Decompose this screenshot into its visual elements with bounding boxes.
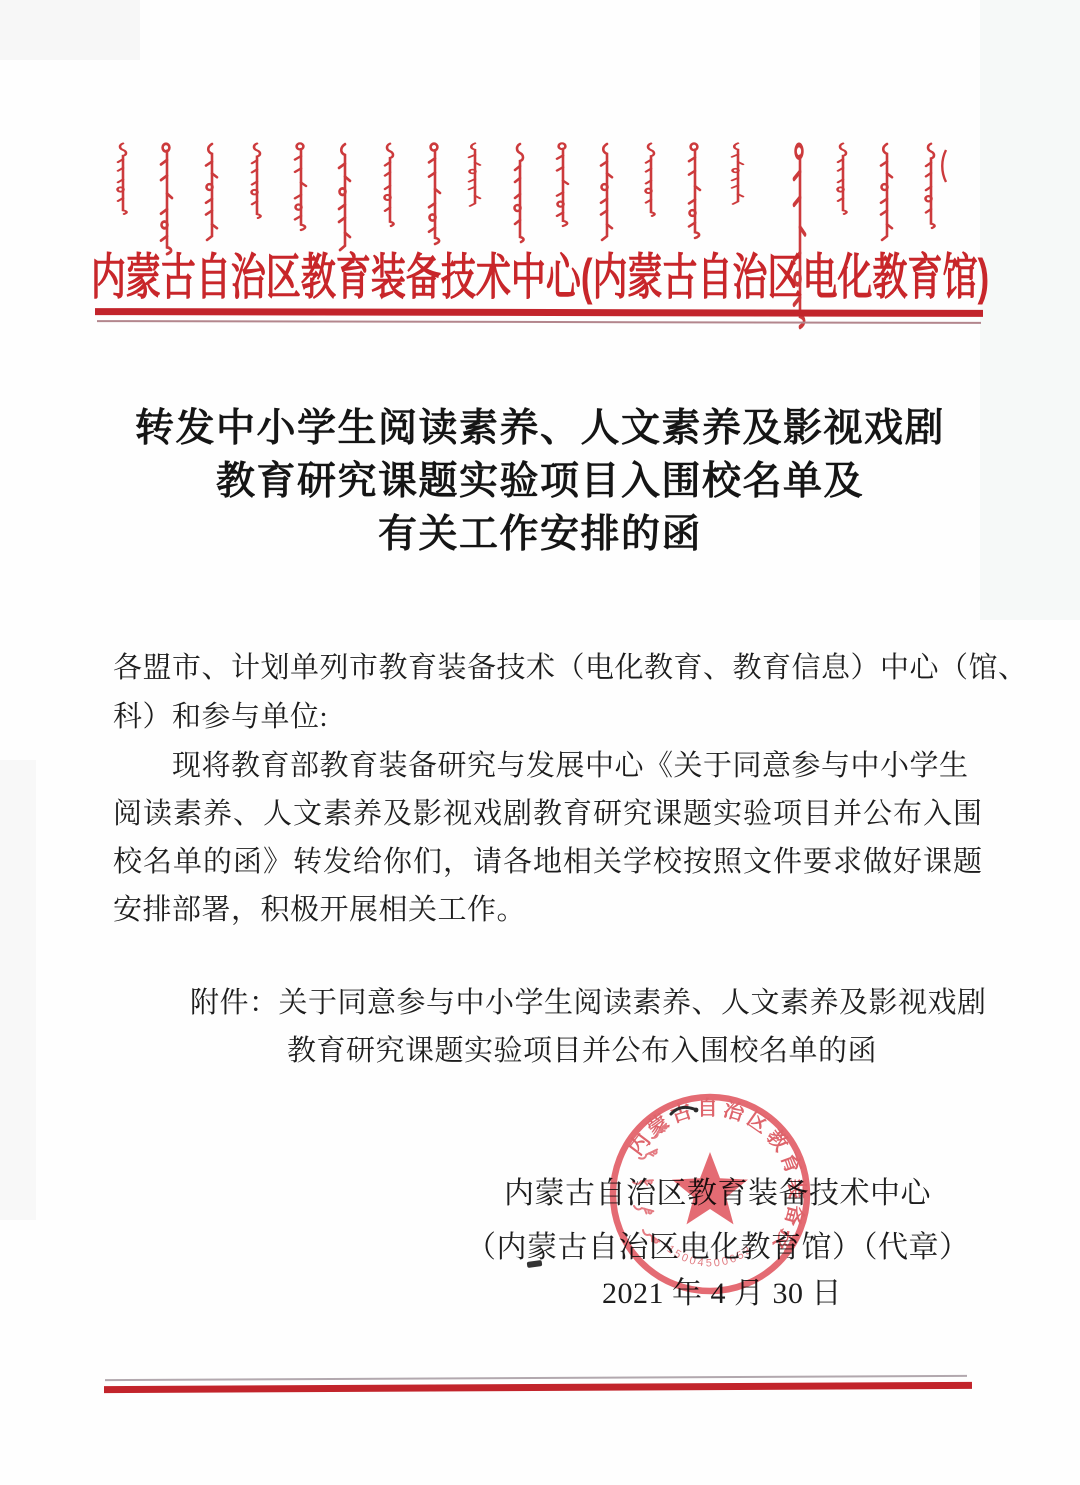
paragraph-line: 阅读素养、人文素养及影视戏剧教育研究课题实验项目并公布入围 [113, 791, 983, 832]
paragraph-line: 安排部署，积极开展相关工作。 [113, 887, 526, 928]
paragraph-line: 校名单的函》转发给你们，请各地相关学校按照文件要求做好课题 [113, 839, 983, 880]
attachment-line: 教育研究课题实验项目并公布入围校名单的函 [287, 1028, 877, 1069]
letterhead-org-name: 内蒙古自治区教育装备技术中心(内蒙古自治区电化教育馆) [0, 239, 1080, 310]
salutation-line: 科）和参与单位: [113, 694, 328, 735]
attachment-line: 附件：关于同意参与中小学生阅读素养、人文素养及影视戏剧 [190, 980, 987, 1021]
star-icon [672, 1152, 748, 1224]
footer-rule-thick [104, 1382, 972, 1393]
scan-blotch [0, 760, 36, 1220]
doc-title-line1: 转发中小学生阅读素养、人文素养及影视戏剧 [0, 397, 1080, 453]
doc-title-line3: 有关工作安排的函 [0, 503, 1080, 559]
doc-title-line2: 教育研究课题实验项目入围校名单及 [0, 450, 1080, 506]
seal-serial: 15004500653 [665, 1243, 756, 1269]
scanned-letter-page: 内蒙古自治区教育装备技术中心(内蒙古自治区电化教育馆) 转发中小学生阅读素养、人… [0, 0, 1080, 1485]
ink-mark [527, 1260, 543, 1268]
svg-text:15004500653: 15004500653 [665, 1243, 756, 1269]
official-seal-stamp: 内蒙古自治区教育装备技术中心 15004500653 [605, 1092, 815, 1296]
salutation-line: 各盟市、计划单列市教育装备技术（电化教育、教育信息）中心（馆、 [113, 645, 1028, 686]
paragraph-line: 现将教育部教育装备研究与发展中心《关于同意参与中小学生 [172, 743, 969, 784]
ink-mark [668, 1100, 702, 1120]
footer-rule-thin [105, 1375, 967, 1381]
